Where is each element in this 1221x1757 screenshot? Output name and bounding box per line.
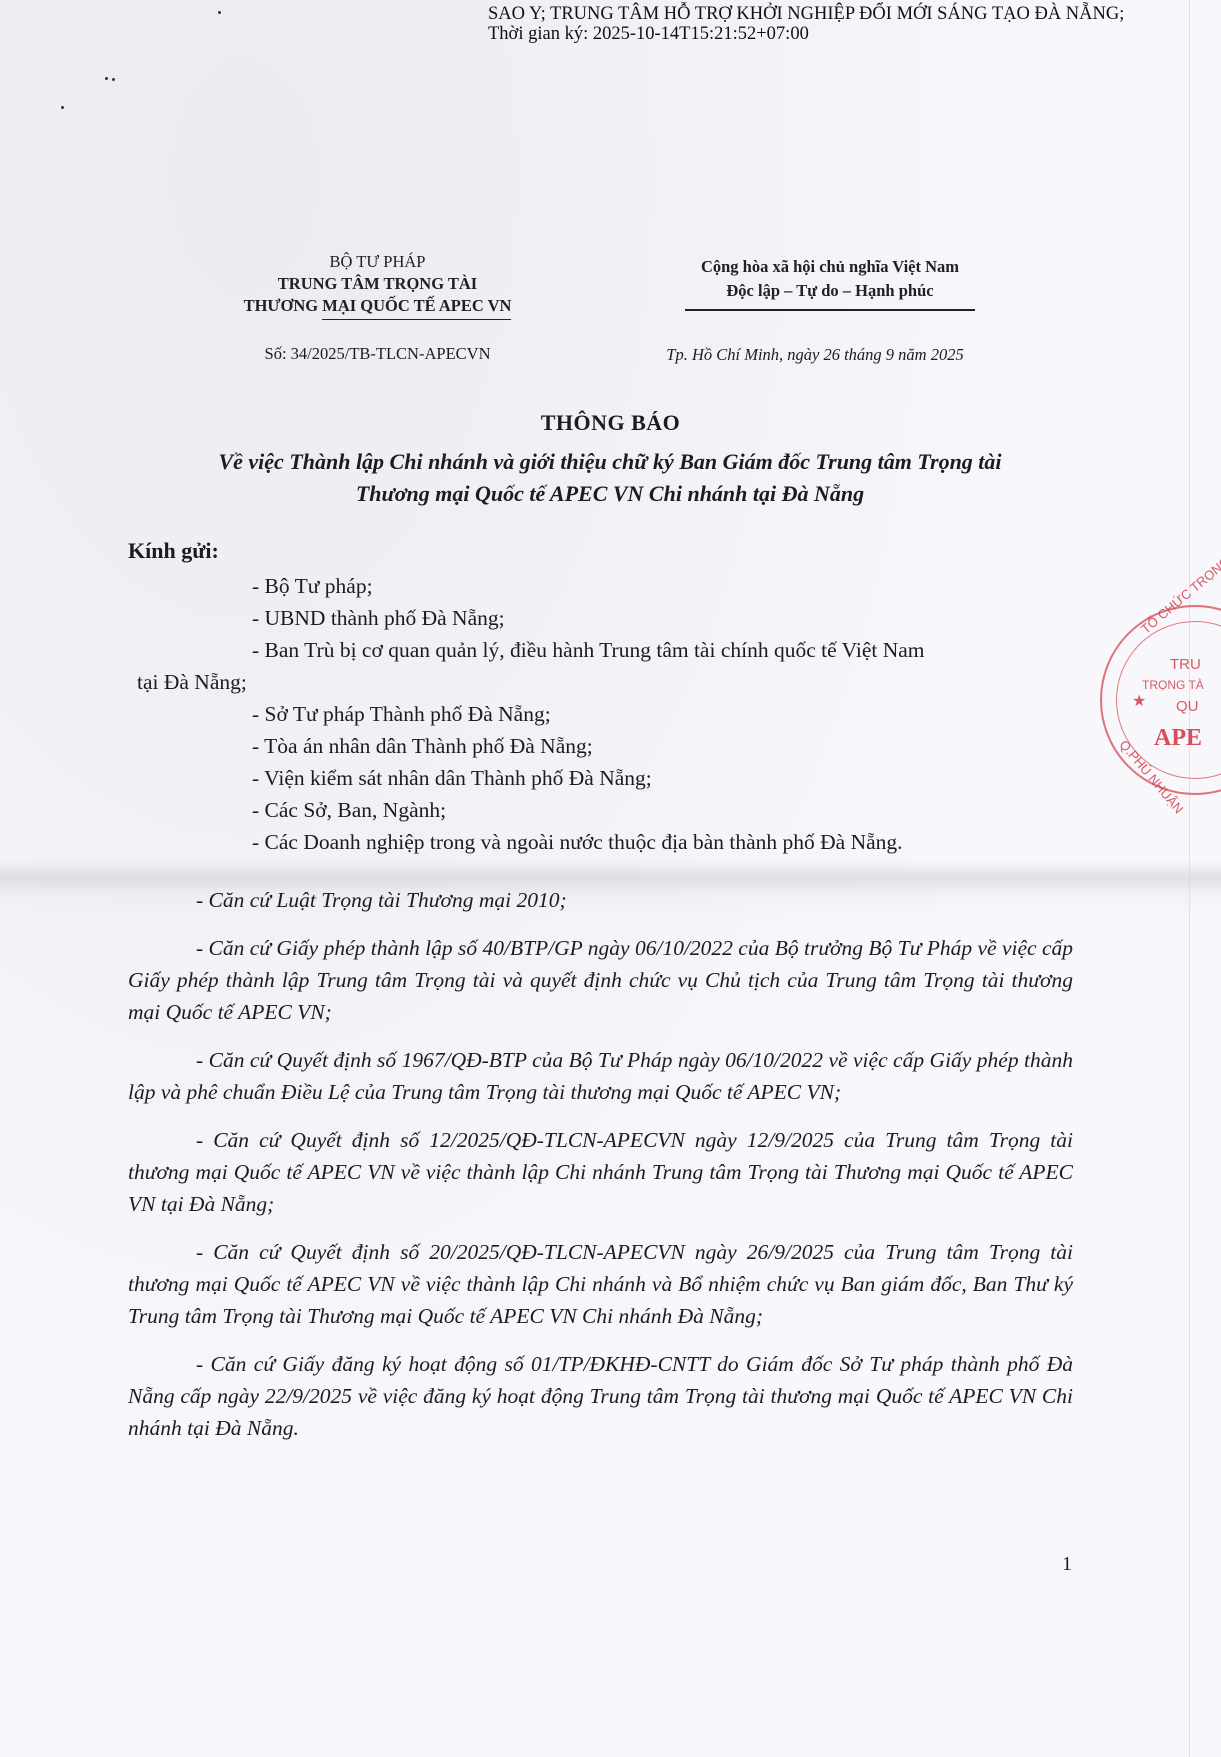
document-title: THÔNG BÁO — [0, 410, 1221, 436]
seal-inner-line2: TRỌNG TÀ — [1142, 677, 1204, 693]
seal-inner-line4: APE — [1154, 725, 1202, 752]
legal-basis-item: - Căn cứ Quyết định số 1967/QĐ-BTP của B… — [128, 1044, 1073, 1108]
legal-basis-item: - Căn cứ Luật Trọng tài Thương mại 2010; — [128, 884, 1073, 916]
digital-signature-stamp: SAO Y; TRUNG TÂM HỖ TRỢ KHỞI NGHIỆP ĐỔI … — [488, 4, 1213, 44]
motto-underline — [685, 309, 975, 311]
legal-basis-item: - Căn cứ Quyết định số 20/2025/QĐ-TLCN-A… — [128, 1236, 1073, 1332]
org-name-line2-underlined: MẠI QUỐC TẾ APEC VN — [322, 295, 511, 320]
recipient-item: - Sở Tư pháp Thành phố Đà Nẵng; — [252, 698, 1082, 730]
seal-inner-line3: QU — [1176, 699, 1199, 715]
seal-inner-line1: TRU — [1170, 657, 1201, 673]
scanned-page-background — [0, 0, 1221, 1757]
national-motto-block: Cộng hòa xã hội chủ nghĩa Việt Nam Độc l… — [660, 255, 1000, 311]
recipient-item-continuation: tại Đà Nẵng; — [137, 666, 1082, 698]
signature-time-line: Thời gian ký: 2025-10-14T15:21:52+07:00 — [488, 24, 1213, 44]
recipient-item: - UBND thành phố Đà Nẵng; — [252, 602, 1082, 634]
scan-speck — [105, 77, 108, 80]
place-and-date: Tp. Hồ Chí Minh, ngày 26 tháng 9 năm 202… — [600, 345, 1030, 365]
national-motto: Độc lập – Tự do – Hạnh phúc — [660, 279, 1000, 303]
legal-basis-item: - Căn cứ Quyết định số 12/2025/QĐ-TLCN-A… — [128, 1124, 1073, 1220]
recipient-item: - Ban Trù bị cơ quan quản lý, điều hành … — [252, 634, 1082, 666]
recipient-item: - Bộ Tư pháp; — [252, 570, 1082, 602]
document-subject: Về việc Thành lập Chi nhánh và giới thiệ… — [110, 446, 1110, 510]
recipients-label: Kính gửi: — [128, 538, 219, 564]
scan-speck — [112, 78, 115, 81]
legal-basis-item: - Căn cứ Giấy phép thành lập số 40/BTP/G… — [128, 932, 1073, 1028]
issuing-authority-block: BỘ TƯ PHÁP TRUNG TÂM TRỌNG TÀI THƯƠNG MẠ… — [190, 251, 565, 320]
subject-line-2: Thương mại Quốc tế APEC VN Chi nhánh tại… — [110, 478, 1110, 510]
ministry-name: BỘ TƯ PHÁP — [190, 251, 565, 273]
signature-org-line: SAO Y; TRUNG TÂM HỖ TRỢ KHỞI NGHIỆP ĐỔI … — [488, 4, 1213, 24]
org-name-line1: TRUNG TÂM TRỌNG TÀI — [190, 273, 565, 295]
subject-line-1: Về việc Thành lập Chi nhánh và giới thiệ… — [110, 446, 1110, 478]
document-number: Số: 34/2025/TB-TLCN-APECVN — [190, 344, 565, 364]
legal-basis-item: - Căn cứ Giấy đăng ký hoạt động số 01/TP… — [128, 1348, 1073, 1444]
seal-star-icon: ★ — [1132, 691, 1146, 711]
org-name-line2-prefix: THƯƠNG — [244, 296, 323, 315]
legal-bases: - Căn cứ Luật Trọng tài Thương mại 2010;… — [128, 884, 1073, 1460]
org-name-line2: THƯƠNG MẠI QUỐC TẾ APEC VN — [190, 295, 565, 320]
recipient-item: - Các Sở, Ban, Ngành; — [252, 794, 1082, 826]
scan-speck — [61, 106, 64, 109]
national-title: Cộng hòa xã hội chủ nghĩa Việt Nam — [660, 255, 1000, 279]
recipients-list: - Bộ Tư pháp; - UBND thành phố Đà Nẵng; … — [252, 570, 1082, 858]
page-fold-line — [1189, 0, 1190, 1757]
recipient-item: - Viện kiểm sát nhân dân Thành phố Đà Nẵ… — [252, 762, 1082, 794]
page-number: 1 — [1062, 1553, 1072, 1576]
recipient-item: - Các Doanh nghiệp trong và ngoài nước t… — [252, 826, 1082, 858]
scan-speck — [218, 11, 221, 14]
recipient-item: - Tòa án nhân dân Thành phố Đà Nẵng; — [252, 730, 1082, 762]
